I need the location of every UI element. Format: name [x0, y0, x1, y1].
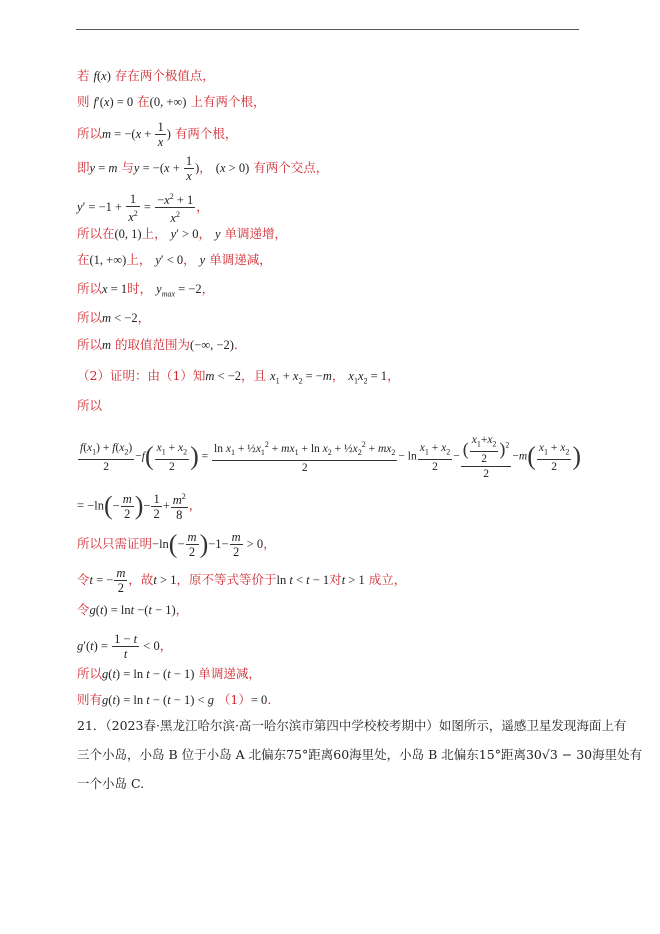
text: 所以	[77, 310, 102, 325]
solution-line-7: 在(1, +∞)上， y′ < 0， y 单调递减，	[77, 250, 272, 270]
text: ，原不等式等价于	[176, 572, 276, 587]
text: 则	[77, 94, 90, 109]
text: 存在两个极值点，	[115, 68, 215, 83]
question-source: （2023春·黑龙江哈尔滨·高一哈尔滨市第四中学校校考期中）	[105, 718, 439, 733]
text: ，	[202, 281, 215, 296]
solution-line-4: 即y = m 与y = −(x + 1x)， (x > 0) 有两个交点，	[77, 154, 328, 183]
text: ，	[263, 536, 276, 551]
solution-line-16: 令t = −m2，故t > 1，原不等式等价于ln t < t − 1对t > …	[77, 566, 406, 595]
solution-line-17: 令g(t) = lnt −(t − 1)，	[77, 600, 188, 620]
solution-line-15: 所以只需证明−ln(−m2)−1−m2 > 0，	[77, 530, 276, 559]
text: 上，	[142, 226, 167, 241]
text: 成立，	[369, 572, 407, 587]
text: （2）证明：由（1）知	[77, 368, 205, 383]
text: 时，	[127, 281, 152, 296]
question-text: 一个小岛 C.	[77, 776, 144, 791]
text: 对	[329, 572, 342, 587]
text: ．	[234, 337, 247, 352]
solution-line-10: 所以m 的取值范围为(−∞, −2)．	[77, 335, 246, 355]
text: 若	[77, 68, 90, 83]
text: 所以	[77, 281, 102, 296]
solution-line-20: 则有g(t) = ln t − (t − 1) < g （1）= 0．	[77, 690, 280, 710]
text: ，	[176, 602, 189, 617]
solution-line-19: 所以g(t) = ln t − (t − 1) 单调递减，	[77, 664, 261, 684]
text: 单调递减，	[209, 252, 272, 267]
header-rule	[76, 29, 579, 30]
question-21-line-3: 一个小岛 C.	[77, 774, 144, 794]
solution-line-3: 所以m = −(x + 1x) 有两个根，	[77, 120, 237, 149]
text: 所以只需证明	[77, 536, 152, 551]
solution-line-1: 若 f(x) 存在两个极值点，	[77, 66, 215, 86]
text: ，	[138, 310, 151, 325]
text: 有两个根，	[175, 126, 238, 141]
text: ，	[332, 368, 345, 383]
text: ，	[199, 160, 212, 175]
text: 所以	[77, 126, 102, 141]
solution-line-12: 所以	[77, 396, 102, 416]
solution-line-18: g′(t) = 1 − tt < 0，	[77, 632, 172, 661]
text: 在	[77, 252, 90, 267]
solution-line-8: 所以x = 1时， ymax = −2，	[77, 279, 214, 305]
text: ，且	[241, 368, 266, 383]
text: ，	[196, 199, 209, 214]
question-21-line-2: 三个小岛，小岛 B 位于小岛 A 北偏东75°距离60海里处，小岛 B 北偏东1…	[77, 745, 642, 765]
text: 在	[137, 94, 150, 109]
text: ，	[189, 498, 202, 513]
text: 与	[121, 160, 134, 175]
text: ，	[160, 638, 173, 653]
text: 则有	[77, 692, 102, 707]
solution-line-11: （2）证明：由（1）知m < −2，且 x1 + x2 = −m， x1x2 =…	[77, 366, 400, 392]
text: 单调递增，	[225, 226, 288, 241]
text: ，	[183, 252, 196, 267]
solution-line-5: y′ = −1 + 1x2 = −x2 + 1x2，	[77, 190, 209, 225]
text: 上有两个根，	[190, 94, 265, 109]
question-number: 21．	[77, 718, 105, 733]
text: 所以	[77, 398, 102, 413]
solution-line-9: 所以m < −2，	[77, 308, 150, 328]
text: 即	[77, 160, 90, 175]
text: ．	[267, 692, 280, 707]
text: ，	[387, 368, 400, 383]
question-21-line-1: 21．（2023春·黑龙江哈尔滨·高一哈尔滨市第四中学校校考期中）如图所示，遥感…	[77, 716, 626, 736]
text: 有两个交点，	[253, 160, 328, 175]
text: 所以在	[77, 226, 115, 241]
question-text: 如图所示，遥感卫星发现海面上有	[439, 718, 627, 733]
text: 所以	[77, 337, 102, 352]
text: 所以	[77, 666, 102, 681]
text: 令	[77, 602, 90, 617]
solution-line-14: = −ln(−m2)−12+m28，	[77, 490, 201, 522]
text: 上，	[126, 252, 151, 267]
text: 的取值范围为	[115, 337, 190, 352]
question-text: 三个小岛，小岛 B 位于小岛 A 北偏东75°距离60海里处，小岛 B 北偏东1…	[77, 747, 642, 762]
solution-line-13-equation: f(x1) + f(x2)2−f(x1 + x22) = ln x1 + ½x1…	[77, 432, 581, 481]
text: 单调递减，	[198, 666, 261, 681]
solution-line-6: 所以在(0, 1)上， y′ > 0， y 单调递增，	[77, 224, 287, 244]
text: （1）	[218, 692, 251, 707]
text: 令	[77, 572, 90, 587]
solution-line-2: 则 f′(x) = 0 在(0, +∞) 上有两个根，	[77, 92, 265, 112]
text: ，故	[128, 572, 153, 587]
text: ，	[198, 226, 211, 241]
